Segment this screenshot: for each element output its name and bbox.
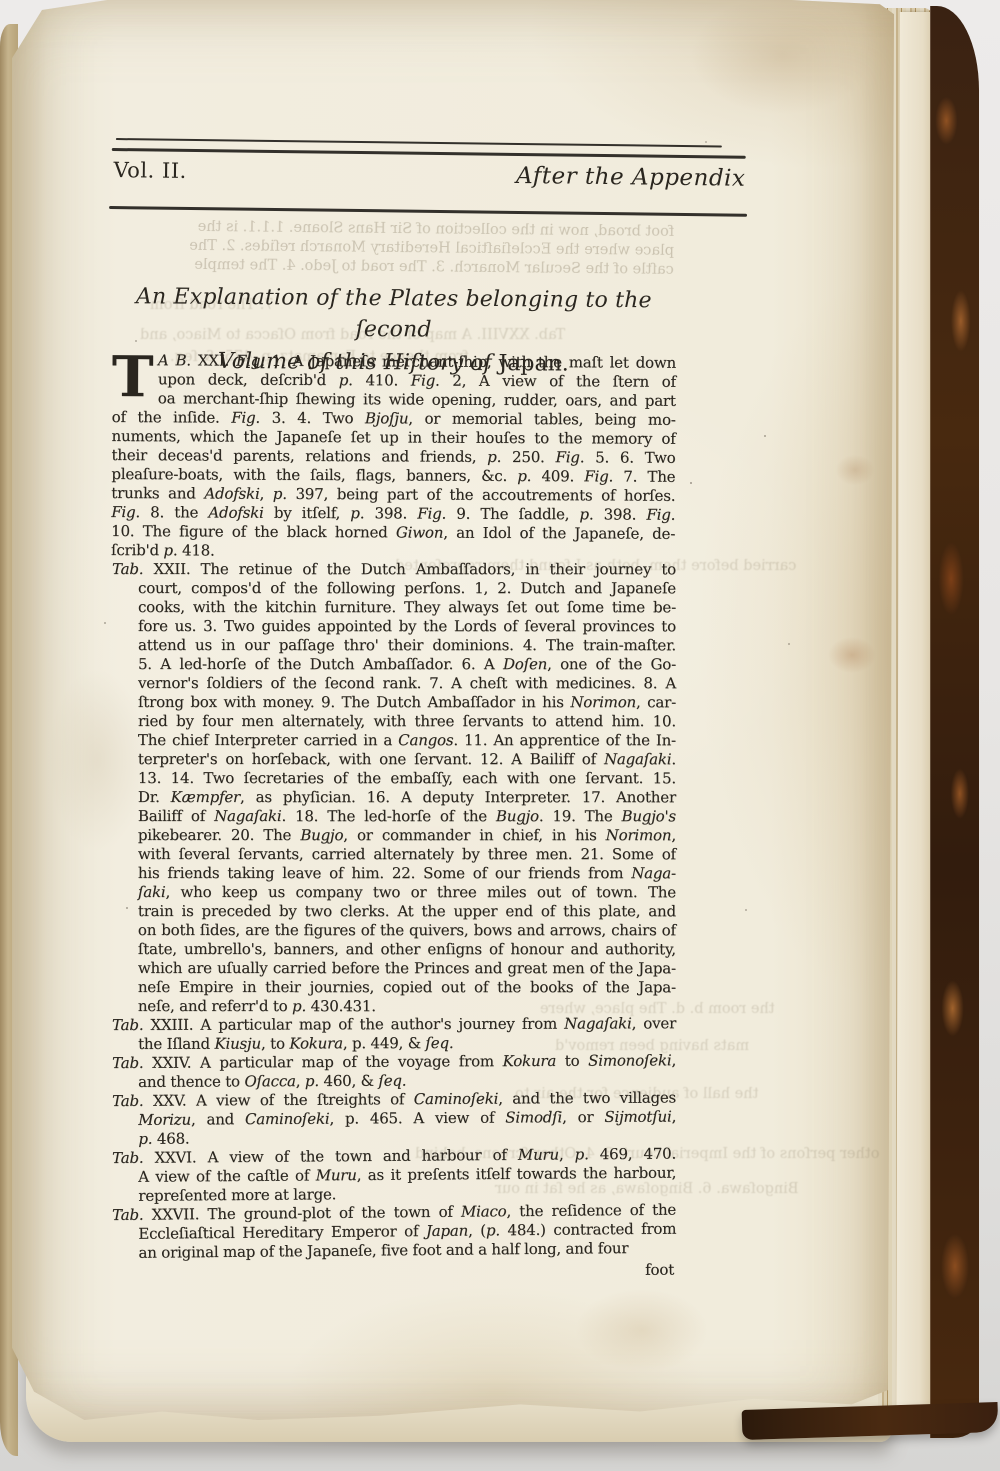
body-line: 5. A led-horſe of the Dutch Ambaſſador. … [112, 655, 676, 674]
body-line: his friends taking leave of him. 22. Som… [112, 864, 676, 883]
body-line: ſtrong box with money. 9. The Dutch Amba… [112, 693, 676, 712]
body-line: attend us in our paſſage thro' their dom… [112, 636, 676, 655]
body-line: neſe, and referr'd to p. 430.431. [112, 997, 676, 1016]
foxing-specks [12, 0, 14, 2]
body-line: ried by four men alternately, with three… [112, 712, 676, 731]
body-line: which are uſually carried before the Pri… [112, 959, 676, 978]
header-rule-top-thin [116, 138, 722, 147]
body-line: an original map of the Japaneſe, five fo… [112, 1239, 676, 1263]
body-line: Bailiff of Nagaſaki. 18. The led-horſe o… [112, 807, 676, 826]
body-line: Tab. XXIV. A particular map of the voyag… [112, 1051, 676, 1073]
body-paragraph: Tab. XXII. The retinue of the Dutch Amba… [112, 560, 676, 1016]
body-line: Morizu, and Caminoſeki, p. 465. A view o… [112, 1107, 676, 1130]
drop-cap: T [112, 351, 158, 408]
body-paragraph: Tab. XXIII. A particular map of the auth… [112, 1014, 676, 1054]
page-header: Vol. II. After the Appendix [111, 132, 752, 224]
body-line: ſaki, who keep us company two or three m… [112, 883, 676, 902]
bleedthrough-text: foot broad, now in the collection of Sir… [118, 217, 675, 280]
body-line: neſe Empire in their journies, copied ou… [112, 978, 676, 997]
body-paragraph: TA B. XXI. Fig. 1. A Japaneſe merchant-ſ… [111, 351, 676, 563]
body-line: Tab. XXII. The retinue of the Dutch Amba… [112, 560, 676, 579]
body-line: vernor's ſoldiers of the ſecond rank. 7.… [112, 674, 676, 693]
section-title-line1: An Explanation of the Plates belonging t… [112, 281, 676, 347]
body-line: 13. 14. Two ſecretaries of the embaſſy, … [112, 769, 676, 788]
body-paragraph: Tab. XXVII. The ground-plot of the town … [112, 1201, 677, 1263]
body-text: TA B. XXI. Fig. 1. A Japaneſe merchant-ſ… [112, 351, 676, 1282]
body-paragraph: Tab. XXVI. A view of the town and harbou… [112, 1145, 676, 1206]
body-line: terpreter's on horſeback, with one ſerva… [112, 750, 676, 769]
header-rule-bottom [109, 206, 747, 217]
body-line: cooks, with the kitchin furniture. They … [112, 598, 676, 617]
volume-label: Vol. II. [113, 158, 187, 183]
body-line: on both ſides, are the figures of the qu… [112, 921, 676, 940]
body-line: with ſeveral ſervants, carried alternate… [112, 845, 676, 864]
body-paragraph: Tab. XXV. A view of the ſtreights of Cam… [112, 1088, 676, 1149]
body-line: ſtate, umbrello's, banners, and other en… [112, 940, 676, 959]
body-line: Dr. Kæmpfer, as phyſician. 16. A deputy … [112, 788, 676, 807]
body-line: Tab. XXIII. A particular map of the auth… [112, 1014, 676, 1035]
body-line: court, compos'd of the following perſons… [112, 579, 676, 598]
body-line: train is preceded by two clerks. At the … [112, 902, 676, 921]
body-paragraph: Tab. XXIV. A particular map of the voyag… [112, 1051, 676, 1092]
body-line: pikebearer. 20. The Bugjo, or commander … [112, 826, 676, 845]
header-rule-top-thick [112, 148, 746, 159]
book-photo: foot broad, now in the collection of Sir… [0, 0, 1000, 1471]
running-title: After the Appendix [516, 163, 746, 192]
catchword: foot [112, 1261, 676, 1285]
body-line: The chief Interpreter carried in a Cango… [112, 731, 676, 750]
body-line: fore us. 3. Two guides appointed by the … [112, 617, 676, 636]
book-cover-edge [930, 6, 979, 1438]
